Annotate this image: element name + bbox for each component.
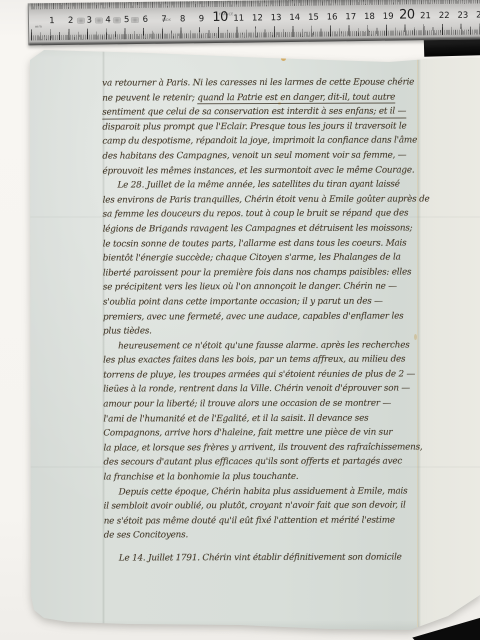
manuscript-line: liberté paroissent pour la première fois… xyxy=(103,265,425,281)
ruler-number: 5 xyxy=(124,15,130,25)
ruler-number: 3 xyxy=(87,16,93,26)
manuscript-line: le tocsin sonne de toutes parts, l'allar… xyxy=(103,236,425,252)
manuscript-line: Compagnons, arrive hors d'haleine, fait … xyxy=(103,426,425,442)
manuscript-line: se précipitent vers les lieux où l'on an… xyxy=(103,280,425,296)
manuscript-line: plus tièdes. xyxy=(103,324,425,340)
manuscript-line: il sembloit avoir oublié, ou plutôt, cro… xyxy=(104,499,426,515)
hallmark-stamp-icon xyxy=(113,17,121,23)
ruler-number: 6 xyxy=(143,15,149,25)
ruler-number: 21 xyxy=(420,11,431,21)
manuscript-line: ne s'étoit pas même douté qu'il eût fixé… xyxy=(104,513,426,529)
manuscript-line: ne peuvent le retenir; quand la Patrie e… xyxy=(102,90,424,106)
manuscript-line: l'ami de l'humanité et de l'Egalité, et … xyxy=(103,411,425,427)
manuscript-line: Le 14. Juillet 1791. Chérin vint établir… xyxy=(104,550,426,566)
hallmark-stamp-icon xyxy=(95,17,103,23)
manuscript-line: éprouvoit les mêmes instances, et les su… xyxy=(102,163,424,179)
manuscript-text: va retourner à Paris. Ni les caresses ni… xyxy=(102,75,426,566)
manuscript-line: bientôt l'énergie succède; chaque Citoye… xyxy=(103,251,425,267)
manuscript-line: amour pour la liberté; il trouve alors u… xyxy=(103,397,425,413)
ruler-number: 20 xyxy=(399,7,415,22)
ruler-number: 13 xyxy=(271,13,282,23)
right-fold-crease xyxy=(417,46,480,638)
ruler-number: 12 xyxy=(252,13,263,23)
ruler-number: 9 xyxy=(199,14,205,24)
foxing-spot xyxy=(281,56,286,61)
manuscript-line: de ses Concitoyens. xyxy=(104,528,426,544)
ruler-number: 23 xyxy=(457,11,468,21)
ruler-number: 17 xyxy=(345,12,356,22)
manuscript-line: va retourner à Paris. Ni les caresses ni… xyxy=(102,75,424,91)
manuscript-line: Le 28. Juillet de la même année, les sat… xyxy=(103,178,425,194)
manuscript-line: la place, et lorsque ses frères y arrive… xyxy=(103,440,425,456)
ruler-number: 19 xyxy=(383,12,394,22)
ruler-number: 18 xyxy=(364,12,375,22)
ruler-number: 11 xyxy=(233,14,244,24)
ruler-number: 22 xyxy=(439,11,450,21)
manuscript-line: camp du despotisme, répandoit la joye, i… xyxy=(102,134,424,150)
manuscript-line: des secours d'autant plus efficaces qu'i… xyxy=(103,455,425,471)
manuscript-line: torrens de pluye, les troupes armées qui… xyxy=(103,367,425,383)
manuscript-line: s'oublia point dans cette importante occ… xyxy=(103,294,425,310)
manuscript-page: va retourner à Paris. Ni les caresses ni… xyxy=(28,46,480,638)
manuscript-line: les plus exactes faites dans les bois, p… xyxy=(103,353,425,369)
ruler: 123456789101112131415161718192021222324 … xyxy=(28,0,480,45)
manuscript-line: les environs de Paris tranquilles, Chéri… xyxy=(103,192,425,208)
manuscript-line: des habitans des Campagnes, venoit un se… xyxy=(102,148,424,164)
ruler-inox-label: INOX xyxy=(162,18,171,22)
ruler-mm-label: mm xyxy=(35,24,42,28)
hallmark-stamp-icon xyxy=(77,18,85,24)
ruler-number: 16 xyxy=(327,12,338,22)
manuscript-line: heureusement ce n'étoit qu'une fausse al… xyxy=(103,338,425,354)
ruler-number: 1 xyxy=(49,16,55,26)
manuscript-line: la franchise et la bonhomie la plus touc… xyxy=(104,469,426,485)
ruler-france-label: FRANCE xyxy=(219,12,234,16)
manuscript-line: sa femme les douceurs du repos. tout à c… xyxy=(103,207,425,223)
ruler-number: 24 xyxy=(476,10,480,20)
manuscript-line: disparoit plus prompt que l'Eclair. Pres… xyxy=(102,119,424,135)
manuscript-line: Depuis cette époque, Chérin habita plus … xyxy=(104,484,426,500)
ruler-number: 15 xyxy=(308,13,319,23)
hallmark-stamp-icon xyxy=(131,17,139,23)
manuscript-line: lieües à la ronde, rentrent dans la Vill… xyxy=(103,382,425,398)
ruler-number: 8 xyxy=(180,14,186,24)
ruler-number: 2 xyxy=(68,16,74,26)
manuscript-line: premiers, avec une fermeté, avec une aud… xyxy=(103,309,425,325)
manuscript-line: légions de Brigands ravagent les Campagn… xyxy=(103,221,425,237)
ruler-number: 4 xyxy=(105,15,111,25)
ruler-number: 14 xyxy=(289,13,300,23)
paper-wrap: va retourner à Paris. Ni les caresses ni… xyxy=(0,0,480,640)
manuscript-line: sentiment que celui de sa conservation e… xyxy=(102,105,424,121)
